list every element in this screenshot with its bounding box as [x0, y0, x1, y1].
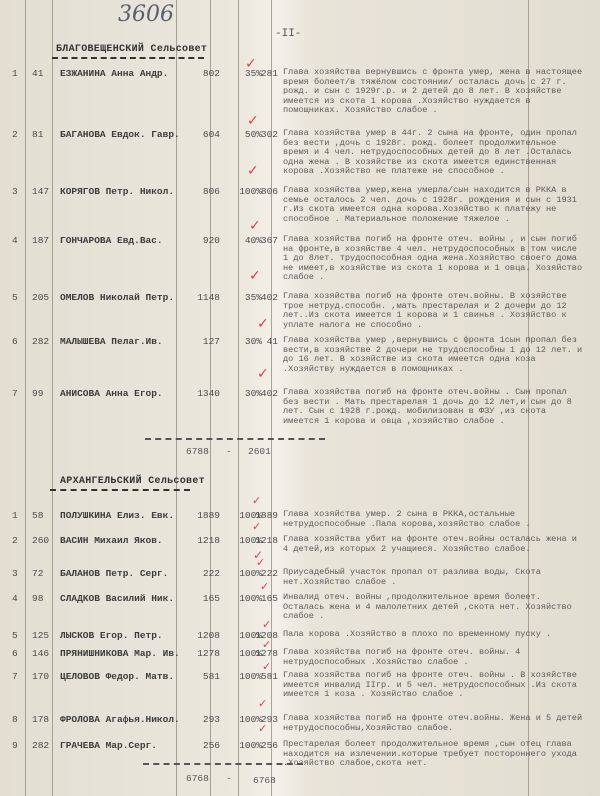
checkmark-icon: ✓: [262, 638, 271, 651]
checkmark-icon: ✓: [249, 218, 261, 234]
household-id: 260: [32, 535, 49, 546]
reason-text: Глава хозяйства погиб на фронте отеч. во…: [283, 235, 583, 283]
household-id: 58: [32, 510, 43, 521]
tax-amount: 127: [184, 336, 220, 347]
household-id: 178: [32, 714, 49, 725]
household-name: ПРЯНИШНИКОВА Мар. Ив.: [60, 648, 180, 659]
reason-text: Глава хозяйства погиб на фронте отеч.вой…: [283, 388, 583, 426]
reason-text: Глава хозяйства убит на фронте отеч.войн…: [283, 535, 583, 554]
page-number: -II-: [275, 28, 301, 40]
household-id: 98: [32, 593, 43, 604]
tax-amount: 1340: [184, 388, 220, 399]
reason-text: Инвалид отеч. войны ,продолжительное вре…: [283, 593, 583, 622]
row-number: 1: [12, 68, 18, 79]
column-rule: [25, 0, 26, 796]
row-number: 5: [12, 630, 18, 641]
checkmark-icon: ✓: [247, 163, 259, 179]
household-name: ПОЛУШКИНА Елиз. Евк.: [60, 510, 174, 521]
tax-amount: 1278: [184, 648, 220, 659]
reason-text: Глава хозяйства умер. 2 сына в РККА,оста…: [283, 510, 583, 529]
household-name: ОМЕЛОВ Николай Петр.: [60, 292, 174, 303]
relief-amount: 1278: [242, 648, 278, 659]
relief-amount: 1208: [242, 630, 278, 641]
tax-amount: 222: [184, 568, 220, 579]
relief-amount: 41: [242, 336, 278, 347]
household-id: 282: [32, 336, 49, 347]
relief-amount: 256: [242, 740, 278, 751]
tax-amount: 1208: [184, 630, 220, 641]
handwritten-archive-number: 3606: [118, 2, 174, 27]
checkmark-icon: ✓: [258, 697, 267, 710]
relief-amount: 367: [242, 235, 278, 246]
household-id: 187: [32, 235, 49, 246]
household-name: МАЛЫШЕВА Пелаг.Ив.: [60, 336, 163, 347]
row-number: 4: [12, 593, 18, 604]
household-id: 282: [32, 740, 49, 751]
tax-amount: 1889: [184, 510, 220, 521]
reason-text: Глава хозяйства погиб на фронте отеч. во…: [283, 648, 583, 667]
column-rule: [52, 0, 53, 796]
checkmark-icon: ✓: [262, 618, 271, 631]
household-id: 72: [32, 568, 43, 579]
total-dash: -: [226, 773, 232, 784]
reason-text: Приусадебный участок пропал от разлива в…: [283, 568, 583, 587]
household-name: ГРАЧЕВА Мар.Серг.: [60, 740, 157, 751]
household-name: БАЛАНОВ Петр. Серг.: [60, 568, 168, 579]
tax-amount: 604: [184, 129, 220, 140]
checkmark-icon: ✓: [257, 316, 269, 332]
column-rule: [176, 0, 177, 796]
row-number: 2: [12, 535, 18, 546]
household-id: 99: [32, 388, 43, 399]
reason-text: Глава хозяйства умер ,вернувшись с фронт…: [283, 336, 583, 374]
checkmark-icon: ✓: [256, 556, 265, 569]
household-name: ВАСИН Михаил Яков.: [60, 535, 163, 546]
tax-amount: 256: [184, 740, 220, 751]
relief-amount: 1218: [242, 535, 278, 546]
row-number: 4: [12, 235, 18, 246]
relief-amount: 165: [242, 593, 278, 604]
checkmark-icon: ✓: [260, 580, 269, 593]
row-number: 6: [12, 648, 18, 659]
document-page: 3606 -II- БЛАГОВЕЩЕНСКИЙ Сельсовет 1 41 …: [0, 0, 600, 796]
reason-text: Глава хозяйства погиб на фронте отеч.вой…: [283, 714, 583, 733]
household-id: 147: [32, 186, 49, 197]
tax-amount: 802: [184, 68, 220, 79]
relief-amount: 402: [242, 292, 278, 303]
tax-amount: 806: [184, 186, 220, 197]
total-tax-amount: 6788: [186, 446, 209, 457]
tax-amount: 1148: [184, 292, 220, 303]
section-underline: [52, 57, 204, 59]
checkmark-icon: ✓: [249, 268, 261, 284]
household-name: КОРЯГОВ Петр. Никол.: [60, 186, 174, 197]
checkmark-icon: ✓: [252, 494, 261, 507]
reason-text: Глава хозяйства умер,жена умерла/сын нах…: [283, 186, 583, 224]
row-number: 2: [12, 129, 18, 140]
checkmark-icon: ✓: [245, 56, 257, 72]
row-number: 8: [12, 714, 18, 725]
row-number: 3: [12, 568, 18, 579]
row-number: 1: [12, 510, 18, 521]
section-title: БЛАГОВЕЩЕНСКИЙ Сельсовет: [56, 44, 207, 55]
total-tax-amount: 6768: [186, 773, 209, 784]
household-name: ЦЕЛОВОВ Федор. Матв.: [60, 671, 174, 682]
row-number: 9: [12, 740, 18, 751]
checkmark-icon: ✓: [257, 366, 269, 382]
reason-text: Пала корова .Хозяйство в плохо по времен…: [283, 630, 583, 640]
relief-amount: 222: [242, 568, 278, 579]
household-id: 125: [32, 630, 49, 641]
relief-amount: 302: [242, 129, 278, 140]
tax-amount: 920: [184, 235, 220, 246]
tax-amount: 293: [184, 714, 220, 725]
household-id: 170: [32, 671, 49, 682]
household-name: ГОНЧАРОВА Евд.Вас.: [60, 235, 163, 246]
checkmark-icon: ✓: [258, 722, 267, 735]
reason-text: Престарелая болеет продолжительное время…: [283, 740, 583, 769]
checkmark-icon: ✓: [252, 520, 261, 533]
household-name: ЛЫСКОВ Егор. Петр.: [60, 630, 163, 641]
section-underline: [50, 489, 190, 491]
household-name: АНИСОВА Анна Егор.: [60, 388, 163, 399]
total-rule: [143, 763, 303, 765]
household-id: 81: [32, 129, 43, 140]
checkmark-icon: ✓: [247, 113, 259, 129]
total-relief-amount: 6768: [253, 775, 276, 786]
total-relief-amount: 2601: [248, 446, 271, 457]
household-id: 205: [32, 292, 49, 303]
row-number: 6: [12, 336, 18, 347]
household-name: ФРОЛОВА Агафья.Никол.: [60, 714, 180, 725]
reason-text: Глава хозяйства вернувшись с фронта умер…: [283, 68, 583, 116]
household-id: 146: [32, 648, 49, 659]
row-number: 7: [12, 671, 18, 682]
row-number: 7: [12, 388, 18, 399]
household-name: БАГАНОВА Евдок. Гавр.: [60, 129, 180, 140]
row-number: 5: [12, 292, 18, 303]
tax-amount: 581: [184, 671, 220, 682]
checkmark-icon: ✓: [262, 660, 271, 673]
relief-amount: 581: [242, 671, 278, 682]
total-rule: [145, 438, 325, 440]
section-title: АРХАНГЕЛЬСКИЙ Сельсовет: [60, 476, 205, 487]
tax-amount: 165: [184, 593, 220, 604]
household-name: ЕЗЖАНИНА Анна Андр.: [60, 68, 168, 79]
household-name: СЛАДКОВ Василий Ник.: [60, 593, 174, 604]
reason-text: Глава хозяйства погиб на фронте отеч. во…: [283, 671, 583, 700]
row-number: 3: [12, 186, 18, 197]
reason-text: Глава хозяйства умер в 44г. 2 сына на фр…: [283, 129, 583, 177]
relief-amount: 806: [242, 186, 278, 197]
tax-amount: 1218: [184, 535, 220, 546]
total-dash: -: [226, 446, 232, 457]
reason-text: Глава хозяйства погиб на фронте отеч.вой…: [283, 292, 583, 330]
household-id: 41: [32, 68, 43, 79]
relief-amount: 402: [242, 388, 278, 399]
